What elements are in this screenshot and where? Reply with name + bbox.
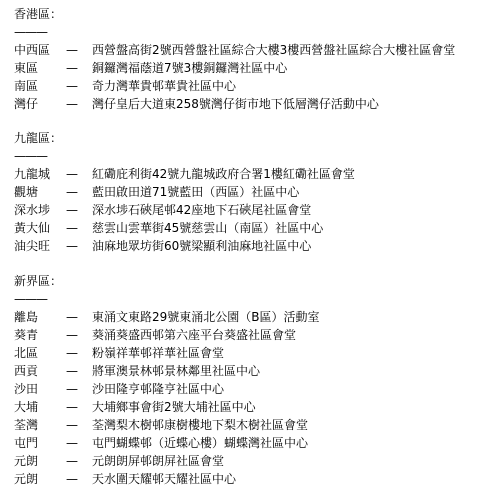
district-name: 葵青: [14, 326, 38, 344]
district-name: 南區: [14, 77, 38, 95]
district-name: 離島: [14, 308, 38, 326]
list-item: 油尖旺 — 油麻地眾坊街60號梁顯利油麻地社區中心: [14, 237, 494, 255]
list-item: 元朗 — 元朗朗屏邨朗屏社區會堂: [14, 452, 494, 470]
list-item: 灣仔 — 灣仔皇后大道東258號灣仔街市地下低層灣仔活動中心: [14, 95, 494, 113]
district-name: 沙田: [14, 380, 38, 398]
district-name: 深水埗: [14, 201, 50, 219]
list-item: 沙田 — 沙田隆亨邨隆亨社區中心: [14, 380, 494, 398]
separator-dash: —: [66, 237, 78, 255]
list-item: 黃大仙 — 慈雲山雲華街45號慈雲山（南區）社區中心: [14, 219, 494, 237]
venue-address: 深水埗石硤尾邨42座地下石硤尾社區會堂: [92, 201, 311, 219]
list-item: 葵青 — 葵涌葵盛西邨第六座平台葵盛社區會堂: [14, 326, 494, 344]
venue-address: 沙田隆亨邨隆亨社區中心: [92, 380, 224, 398]
venue-address: 藍田啟田道71號藍田（西區）社區中心: [92, 183, 299, 201]
title-underline: ———: [14, 147, 494, 165]
list-item: 離島 — 東涌文東路29號東涌北公園（B區）活動室: [14, 308, 494, 326]
venue-address: 將軍澳景林邨景林鄰里社區中心: [92, 362, 260, 380]
venue-address: 慈雲山雲華街45號慈雲山（南區）社區中心: [92, 219, 323, 237]
list-item: 南區 — 奇力灣華貴邨華貴社區中心: [14, 77, 494, 95]
separator-dash: —: [66, 380, 78, 398]
list-item: 東區 — 銅鑼灣福蔭道7號3樓銅鑼灣社區中心: [14, 59, 494, 77]
district-name: 油尖旺: [14, 237, 50, 255]
separator-dash: —: [66, 308, 78, 326]
district-name: 大埔: [14, 398, 38, 416]
region-kowloon: 九龍區： ——— 九龍城 — 紅磡庇利街42號九龍城政府合署1樓紅磡社區會堂 觀…: [14, 129, 494, 255]
separator-dash: —: [66, 59, 78, 77]
venue-address: 葵涌葵盛西邨第六座平台葵盛社區會堂: [92, 326, 296, 344]
region-hong-kong-island: 香港區： ——— 中西區 — 西營盤高街2號西營盤社區綜合大樓3樓西營盤社區綜合…: [14, 5, 494, 113]
list-item: 西貢 — 將軍澳景林邨景林鄰里社區中心: [14, 362, 494, 380]
separator-dash: —: [66, 470, 78, 488]
district-name: 元朗: [14, 470, 38, 488]
district-name: 屯門: [14, 434, 38, 452]
district-name: 元朗: [14, 452, 38, 470]
list-item: 北區 — 粉嶺祥華邨祥華社區會堂: [14, 344, 494, 362]
separator-dash: —: [66, 165, 78, 183]
separator-dash: —: [66, 434, 78, 452]
venue-address: 粉嶺祥華邨祥華社區會堂: [92, 344, 224, 362]
title-underline: ———: [14, 290, 494, 308]
separator-dash: —: [66, 326, 78, 344]
region-new-territories: 新界區： ——— 離島 — 東涌文東路29號東涌北公園（B區）活動室 葵青 — …: [14, 272, 494, 488]
separator-dash: —: [66, 95, 78, 113]
venue-address: 東涌文東路29號東涌北公園（B區）活動室: [92, 308, 320, 326]
venue-address: 西營盤高街2號西營盤社區綜合大樓3樓西營盤社區綜合大樓社區會堂: [92, 41, 455, 59]
separator-dash: —: [66, 398, 78, 416]
separator-dash: —: [66, 41, 78, 59]
list-item: 觀塘 — 藍田啟田道71號藍田（西區）社區中心: [14, 183, 494, 201]
list-item: 荃灣 — 荃灣梨木樹邨康樹樓地下梨木樹社區會堂: [14, 416, 494, 434]
venue-address: 灣仔皇后大道東258號灣仔街市地下低層灣仔活動中心: [92, 95, 379, 113]
list-item: 屯門 — 屯門蝴蝶邨（近蝶心樓）蝴蝶灣社區中心: [14, 434, 494, 452]
district-name: 西貢: [14, 362, 38, 380]
list-item: 元朗 — 天水圍天耀邨天耀社區中心: [14, 470, 494, 488]
list-item: 九龍城 — 紅磡庇利街42號九龍城政府合署1樓紅磡社區會堂: [14, 165, 494, 183]
separator-dash: —: [66, 452, 78, 470]
venue-address: 油麻地眾坊街60號梁顯利油麻地社區中心: [92, 237, 311, 255]
region-title: 新界區：: [14, 272, 494, 290]
list-item: 大埔 — 大埔鄉事會街2號大埔社區中心: [14, 398, 494, 416]
venue-address: 元朗朗屏邨朗屏社區會堂: [92, 452, 224, 470]
district-name: 中西區: [14, 41, 50, 59]
venue-address: 天水圍天耀邨天耀社區中心: [92, 470, 236, 488]
list-item: 中西區 — 西營盤高街2號西營盤社區綜合大樓3樓西營盤社區綜合大樓社區會堂: [14, 41, 494, 59]
venue-address: 銅鑼灣福蔭道7號3樓銅鑼灣社區中心: [92, 59, 287, 77]
region-title: 香港區：: [14, 5, 494, 23]
venue-address: 奇力灣華貴邨華貴社區中心: [92, 77, 236, 95]
venue-address: 荃灣梨木樹邨康樹樓地下梨木樹社區會堂: [92, 416, 308, 434]
venue-address: 屯門蝴蝶邨（近蝶心樓）蝴蝶灣社區中心: [92, 434, 308, 452]
separator-dash: —: [66, 183, 78, 201]
district-name: 黃大仙: [14, 219, 50, 237]
region-title: 九龍區：: [14, 129, 494, 147]
separator-dash: —: [66, 201, 78, 219]
separator-dash: —: [66, 362, 78, 380]
venue-address: 紅磡庇利街42號九龍城政府合署1樓紅磡社區會堂: [92, 165, 355, 183]
separator-dash: —: [66, 344, 78, 362]
title-underline: ———: [14, 23, 494, 41]
list-item: 深水埗 — 深水埗石硤尾邨42座地下石硤尾社區會堂: [14, 201, 494, 219]
district-name: 灣仔: [14, 95, 38, 113]
separator-dash: —: [66, 219, 78, 237]
separator-dash: —: [66, 416, 78, 434]
district-name: 東區: [14, 59, 38, 77]
separator-dash: —: [66, 77, 78, 95]
district-name: 觀塘: [14, 183, 38, 201]
district-name: 荃灣: [14, 416, 38, 434]
district-name: 北區: [14, 344, 38, 362]
district-name: 九龍城: [14, 165, 50, 183]
venue-address: 大埔鄉事會街2號大埔社區中心: [92, 398, 256, 416]
